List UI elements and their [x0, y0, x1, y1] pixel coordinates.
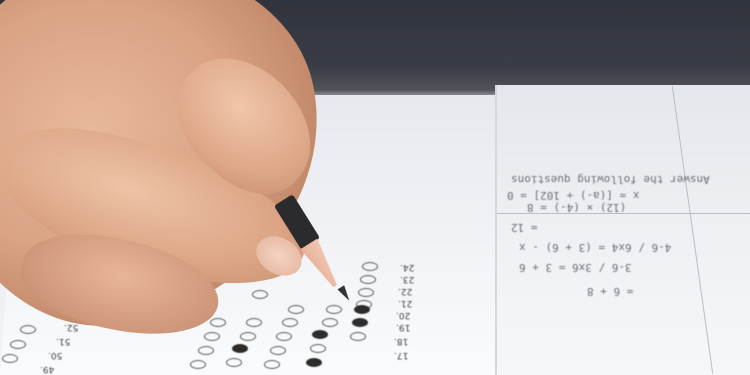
answer-bubble[interactable]	[2, 354, 18, 363]
answer-bubble-filled[interactable]	[312, 330, 328, 339]
question-number: 20.	[396, 310, 410, 320]
answer-bubble-filled[interactable]	[352, 318, 368, 327]
answer-bubble[interactable]	[246, 318, 262, 327]
answer-bubble[interactable]	[270, 346, 286, 355]
answer-bubble[interactable]	[190, 360, 206, 369]
answer-bubble[interactable]	[310, 344, 326, 353]
answer-bubble[interactable]	[360, 275, 376, 284]
question-number: 19.	[396, 322, 410, 332]
question-number: 50.	[48, 350, 62, 360]
question-number: 24.	[400, 262, 414, 272]
answer-bubble[interactable]	[210, 318, 226, 327]
answer-bubble[interactable]	[240, 332, 256, 341]
answer-bubble[interactable]	[350, 332, 366, 341]
question-number: 17.	[394, 350, 408, 360]
answer-bubble[interactable]	[322, 318, 338, 327]
answer-bubble[interactable]	[282, 318, 298, 327]
answer-bubble[interactable]	[362, 262, 378, 271]
question-number: 51.	[56, 336, 70, 346]
question-number: 22.	[398, 286, 412, 296]
answer-bubble[interactable]	[226, 358, 242, 367]
question-number: 21.	[398, 298, 412, 308]
answer-bubble[interactable]	[204, 332, 220, 341]
answer-bubble[interactable]	[264, 360, 280, 369]
answer-bubble[interactable]	[288, 305, 304, 314]
question-number: 18.	[394, 336, 408, 346]
answer-bubble-filled[interactable]	[354, 305, 370, 314]
question-number: 23.	[400, 274, 414, 284]
answer-bubble[interactable]	[198, 346, 214, 355]
answer-bubble-filled[interactable]	[232, 344, 248, 353]
answer-bubble[interactable]	[10, 340, 26, 349]
answer-bubble[interactable]	[252, 290, 268, 299]
answer-bubble[interactable]	[276, 332, 292, 341]
answer-bubble[interactable]	[20, 325, 36, 334]
answer-bubble[interactable]	[358, 288, 374, 297]
question-number: 49.	[40, 364, 54, 374]
answer-bubble-filled[interactable]	[306, 358, 322, 367]
answer-bubble[interactable]	[326, 305, 342, 314]
